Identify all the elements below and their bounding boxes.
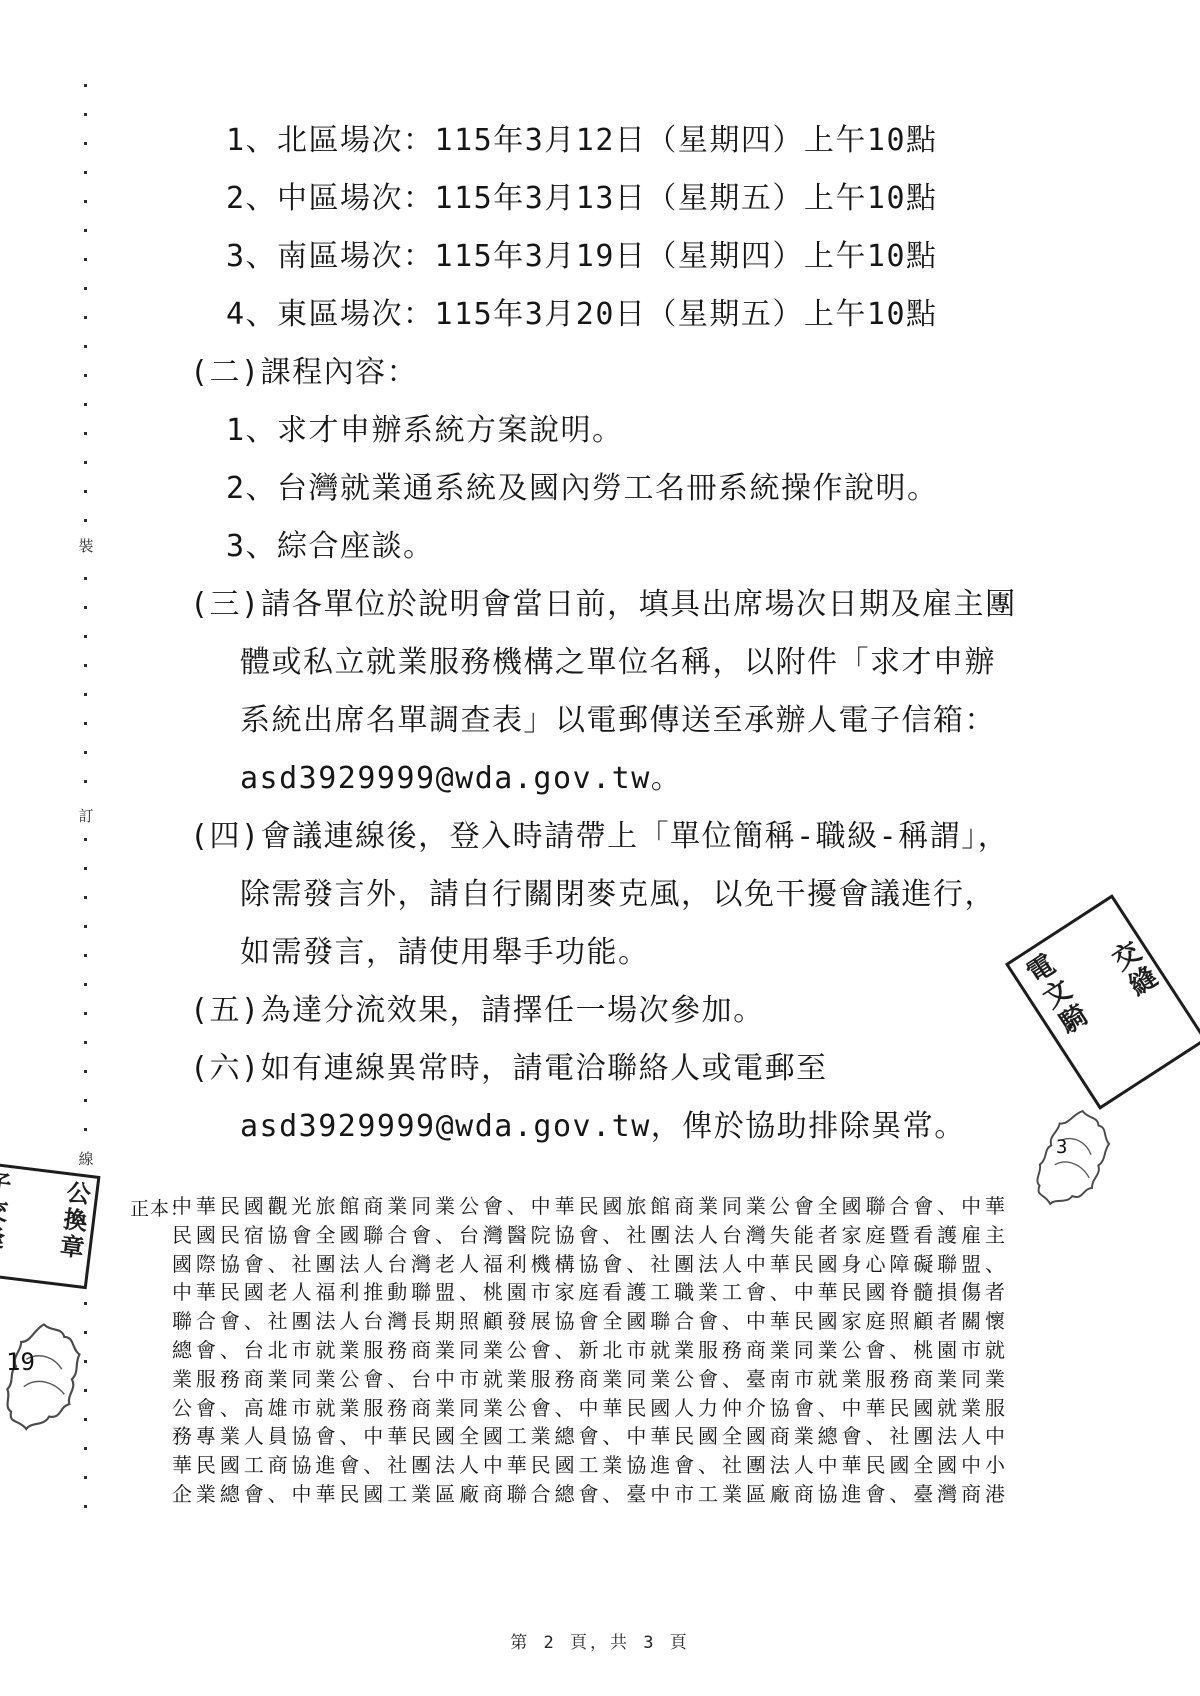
stamp-column: 電文騎 [1019,951,1127,1097]
document-line: (四)會議連線後，登入時請帶上「單位簡稱-職級-稱謂」， [0,808,1020,866]
document-line: 如需發言，請使用舉手功能。 [0,924,1020,982]
document-line: 4、東區場次：115年3月20日（星期五）上午10點 [0,286,1020,344]
recipient-line: 總會、台北市就業服務商業同業公會、新北市就業服務商業同業公會、桃園市就 [172,1336,1005,1365]
flower-seal-icon [6,1322,82,1434]
document-line: 除需發言外，請自行關閉麥克風，以免干擾會議進行， [0,866,1020,924]
document-page: 裝 訂 線 1、北區場次：115年3月12日（星期四）上午10點2、中區場次：1… [0,0,1200,1696]
recipient-line: 業服務商業同業公會、台中市就業服務商業同業公會、臺南市就業服務商業同業 [172,1365,1005,1394]
left-exchange-stamp: 子交逢 公換章 [0,1161,100,1290]
recipient-line: 中華民國老人福利推動聯盟、桃園市家庭看護工職業工會、中華民國脊髓損傷者 [172,1278,1005,1307]
recipient-line: 民國民宿協會全國聯合會、台灣醫院協會、社團法人台灣失能者家庭暨看護雇主 [172,1221,1005,1250]
document-line: 3、南區場次：115年3月19日（星期四）上午10點 [0,228,1020,286]
document-line: 3、綜合座談。 [0,518,1020,576]
recipient-line: 聯合會、社團法人台灣長期照顧發展協會全國聯合會、中華民國家庭照顧者關懷 [172,1307,1005,1336]
document-line: 2、台灣就業通系統及國內勞工名冊系統操作說明。 [0,460,1020,518]
left-margin-page-number: 19 [6,1348,35,1376]
document-line: asd3929999@wda.gov.tw，俾於協助排除異常。 [0,1098,1020,1156]
document-line: 1、北區場次：115年3月12日（星期四）上午10點 [0,112,1020,170]
right-seam-stamp: 電文騎 交縫 [1005,894,1200,1110]
flower-seal-icon [1031,1103,1116,1217]
document-line: (六)如有連線異常時，請電洽聯絡人或電郵至 [0,1040,1020,1098]
document-line: (三)請各單位於說明會當日前，填具出席場次日期及雇主團 [0,576,1020,634]
recipient-line: 華民國工商協進會、社團法人中華民國工業協進會、社團法人中華民國全國中小 [172,1451,1005,1480]
recipient-line: 公會、高雄市就業服務商業同業公會、中華民國人力仲介協會、中華民國就業服 [172,1394,1005,1423]
document-line: 2、中區場次：115年3月13日（星期五）上午10點 [0,170,1020,228]
document-line: asd3929999@wda.gov.tw。 [0,750,1020,808]
document-line: (二)課程內容： [0,344,1020,402]
right-margin-page-number: 3 [1056,1136,1067,1158]
recipient-block: 中華民國觀光旅館商業同業公會、中華民國旅館商業同業公會全國聯合會、中華民國民宿協… [172,1192,1005,1509]
document-line: 系統出席名單調查表」以電郵傳送至承辦人電子信箱： [0,692,1020,750]
recipient-line: 中華民國觀光旅館商業同業公會、中華民國旅館商業同業公會全國聯合會、中華 [172,1192,1005,1221]
recipient-line: 國際協會、社團法人台灣老人福利機構協會、社團法人中華民國身心障礙聯盟、 [172,1250,1005,1279]
recipient-line: 務專業人員協會、中華民國全國工業總會、中華民國全國商業總會、社團法人中 [172,1422,1005,1451]
document-line: 1、求才申辦系統方案說明。 [0,402,1020,460]
page-indicator: 第 2 頁，共 3 頁 [0,1628,1200,1653]
stamp-column: 子交逢 [0,1169,9,1271]
stamp-column: 交縫 [1105,938,1193,1053]
document-line: 體或私立就業服務機構之單位名稱，以附件「求才申辦 [0,634,1020,692]
recipient-line: 企業總會、中華民國工業區廠商聯合總會、臺中市工業區廠商協進會、臺灣商港 [172,1480,1005,1509]
stamp-column: 公換章 [53,1179,89,1281]
document-body: 1、北區場次：115年3月12日（星期四）上午10點2、中區場次：115年3月1… [0,112,1020,1156]
document-line: (五)為達分流效果，請擇任一場次參加。 [0,982,1020,1040]
